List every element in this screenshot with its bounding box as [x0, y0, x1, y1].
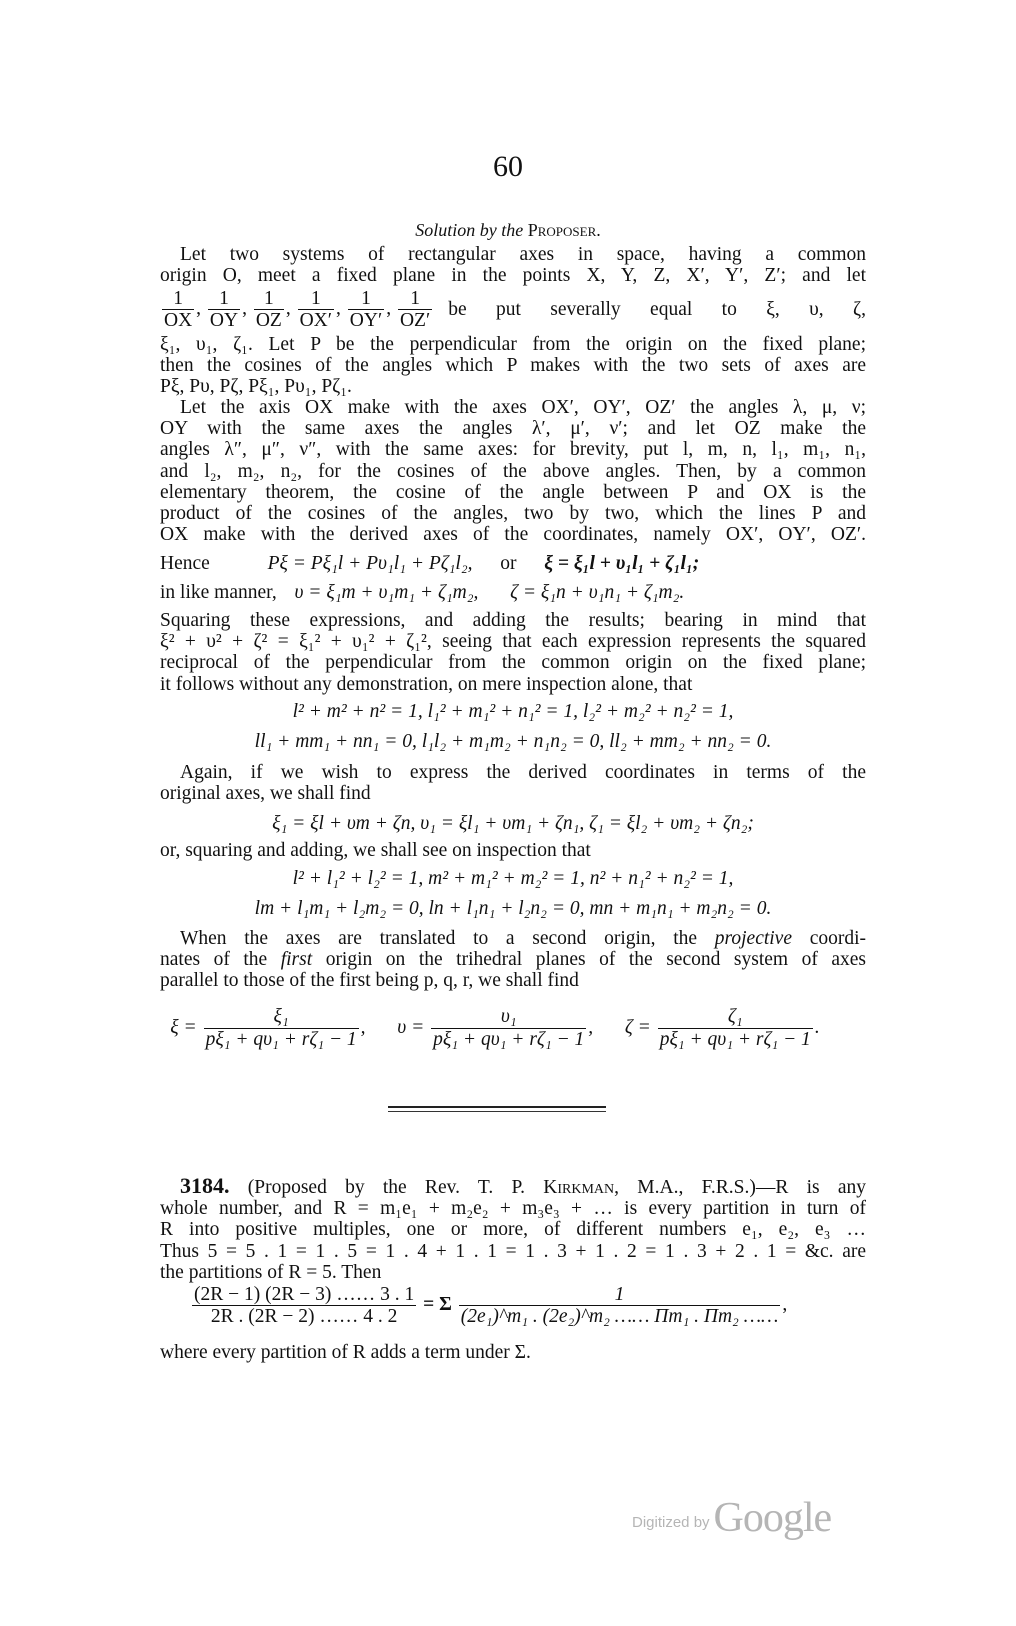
text-line: elementary theorem, the cosine of the an…	[160, 482, 866, 503]
text-line: ξ² + υ² + ζ² = ξ₁² + υ₁² + ζ₁², seeing t…	[160, 631, 866, 652]
or-label: or	[500, 553, 516, 574]
text-line: origin O, meet a fixed plane in the poin…	[160, 265, 866, 286]
text-line: it follows without any demonstration, on…	[160, 674, 866, 695]
text-line: where every partition of R adds a term u…	[160, 1342, 866, 1363]
heading-italic: Solution by the	[415, 220, 523, 240]
text-line: nates of the first origin on the trihedr…	[160, 949, 866, 970]
digitized-by-label: Digitized by	[632, 1514, 710, 1531]
text-line: When the axes are translated to a second…	[160, 928, 866, 949]
section-divider	[388, 1106, 606, 1108]
equation: ξ = ξ₁l + υ₁l₁ + ζ₁l₁;	[544, 553, 699, 574]
like-manner-label: in like manner,	[160, 582, 277, 603]
intro-paragraph-cont: ξ₁, υ₁, ζ₁. Let P be the perpendicular f…	[160, 334, 866, 398]
fraction-ox-prime: 1OX′	[298, 288, 334, 331]
section-divider-thin	[388, 1111, 606, 1112]
section-heading: Solution by the Proposer.	[0, 220, 1016, 241]
text-line: parallel to those of the first being p, …	[160, 970, 866, 991]
sum-sign: = Σ	[423, 1294, 452, 1315]
text-line: angles λ″, μ″, ν″, with the same axes: f…	[160, 439, 866, 460]
problem-3184: 3184. (Proposed by the Rev. T. P. Kirkma…	[160, 1175, 866, 1283]
text-line: ξ₁, υ₁, ζ₁. Let P be the perpendicular f…	[160, 334, 866, 355]
angles-paragraph: Let the axis OX make with the axes OX′, …	[160, 397, 866, 545]
projective-eq-xi: ξ = ξ₁pξ₁ + qυ₁ + rζ₁ − 1,	[170, 1017, 370, 1038]
projective-eq-zeta: ζ = ζ₁pξ₁ + qυ₁ + rζ₁ − 1.	[625, 1017, 820, 1038]
text-line: Thus 5 = 5 . 1 = 1 . 5 = 1 . 4 + 1 . 1 =…	[160, 1241, 866, 1262]
text-line: R into positive multiples, one or more, …	[160, 1219, 866, 1240]
text-line: reciprocal of the perpendicular from the…	[160, 652, 866, 673]
equation: ζ = ξ₁n + υ₁n₁ + ζ₁m₂.	[510, 582, 684, 603]
formula-rhs: 1(2e₁)^m₁ . (2e₂)^m₂ …… Πm₁ . Πm₂ ……	[459, 1284, 781, 1327]
text-line: the partitions of R = 5. Then	[160, 1262, 866, 1283]
book-page: 60 Solution by the Proposer. Let two sys…	[0, 0, 1016, 1626]
google-watermark: Digitized by Google	[632, 1494, 831, 1542]
hence-label: Hence	[160, 553, 210, 574]
text-line: Squaring these expressions, and adding t…	[160, 610, 866, 631]
text-line: then the cosines of the angles which P m…	[160, 355, 866, 376]
text-line: Again, if we wish to express the derived…	[160, 762, 866, 783]
equation-row: ll₁ + mm₁ + nn₁ = 0, l₁l₂ + m₁m₂ + n₁n₂ …	[160, 731, 866, 753]
page-number: 60	[0, 150, 1016, 184]
like-manner-equation: in like manner, υ = ξ₁m + υ₁m₁ + ζ₁m₂, ζ…	[160, 582, 866, 603]
google-logo: Google	[714, 1495, 832, 1541]
text-line: original axes, we shall find	[160, 783, 866, 804]
hence-equation: Hence Pξ = Pξ₁l + Pυ₁l₁ + Pζ₁l₂, or ξ = …	[160, 553, 866, 574]
projective-equations: ξ = ξ₁pξ₁ + qυ₁ + rζ₁ − 1, υ = υ₁pξ₁ + q…	[170, 1006, 820, 1051]
translation-paragraph: When the axes are translated to a second…	[160, 928, 866, 992]
text-line: or, squaring and adding, we shall see on…	[160, 840, 866, 861]
intro-paragraph: Let two systems of rectangular axes in s…	[160, 244, 866, 286]
text-line: Let two systems of rectangular axes in s…	[160, 244, 866, 265]
text-line: product of the cosines of the angles, tw…	[160, 503, 866, 524]
text-line: whole number, and R = m₁e₁ + m₂e₂ + m₃e₃…	[160, 1198, 866, 1219]
fraction-oy-prime: 1OY′	[348, 288, 384, 331]
text-line: Pξ, Pυ, Pζ, Pξ₁, Pυ₁, Pζ₁.	[160, 376, 866, 397]
equation-row: l² + m² + n² = 1, l₁² + m₁² + n₁² = 1, l…	[160, 701, 866, 723]
fraction-oy: 1OY	[208, 288, 240, 331]
reciprocal-fractions: 1OX, 1OY, 1OZ, 1OX′, 1OY′, 1OZ′ be put s…	[160, 288, 866, 336]
problem-number: 3184.	[180, 1173, 230, 1198]
equation-row: ξ₁ = ξl + υm + ζn, υ₁ = ξl₁ + υm₁ + ζn₁,…	[160, 813, 866, 835]
fraction-group: 1OX, 1OY, 1OZ, 1OX′, 1OY′, 1OZ′	[160, 288, 434, 331]
text-line: Let the axis OX make with the axes OX′, …	[160, 397, 866, 418]
equation-row: l² + l₁² + l₂² = 1, m² + m₁² + m₂² = 1, …	[160, 868, 866, 890]
fraction-ox: 1OX	[162, 288, 194, 331]
text-line: and l₂, m₂, n₂, for the cosines of the a…	[160, 461, 866, 482]
again-paragraph: Again, if we wish to express the derived…	[160, 762, 866, 804]
projective-eq-upsilon: υ = υ₁pξ₁ + qυ₁ + rζ₁ − 1,	[397, 1017, 598, 1038]
equation-row: lm + l₁m₁ + l₂m₂ = 0, ln + l₁n₁ + l₂n₂ =…	[160, 898, 866, 920]
closing-line: where every partition of R adds a term u…	[160, 1342, 866, 1363]
squaring-paragraph: Squaring these expressions, and adding t…	[160, 610, 866, 695]
partition-formula: (2R − 1) (2R − 3) …… 3 . 12R . (2R − 2) …	[190, 1284, 810, 1327]
equation: Pξ = Pξ₁l + Pυ₁l₁ + Pζ₁l₂,	[268, 553, 473, 574]
formula-lhs: (2R − 1) (2R − 3) …… 3 . 12R . (2R − 2) …	[192, 1284, 416, 1327]
text-line: OX make with the derived axes of the coo…	[160, 524, 866, 545]
fraction-oz-prime: 1OZ′	[398, 288, 432, 331]
equation: υ = ξ₁m + υ₁m₁ + ζ₁m₂,	[294, 582, 478, 603]
text-line: OY with the same axes the angles λ′, μ′,…	[160, 418, 866, 439]
heading-proposer: Proposer.	[528, 220, 601, 240]
fraction-oz: 1OZ	[254, 288, 284, 331]
squaring-adding-line: or, squaring and adding, we shall see on…	[160, 840, 866, 861]
fraction-tail: be put severally equal to ξ, υ, ζ,	[448, 299, 866, 320]
text-line: 3184. (Proposed by the Rev. T. P. Kirkma…	[160, 1175, 866, 1198]
